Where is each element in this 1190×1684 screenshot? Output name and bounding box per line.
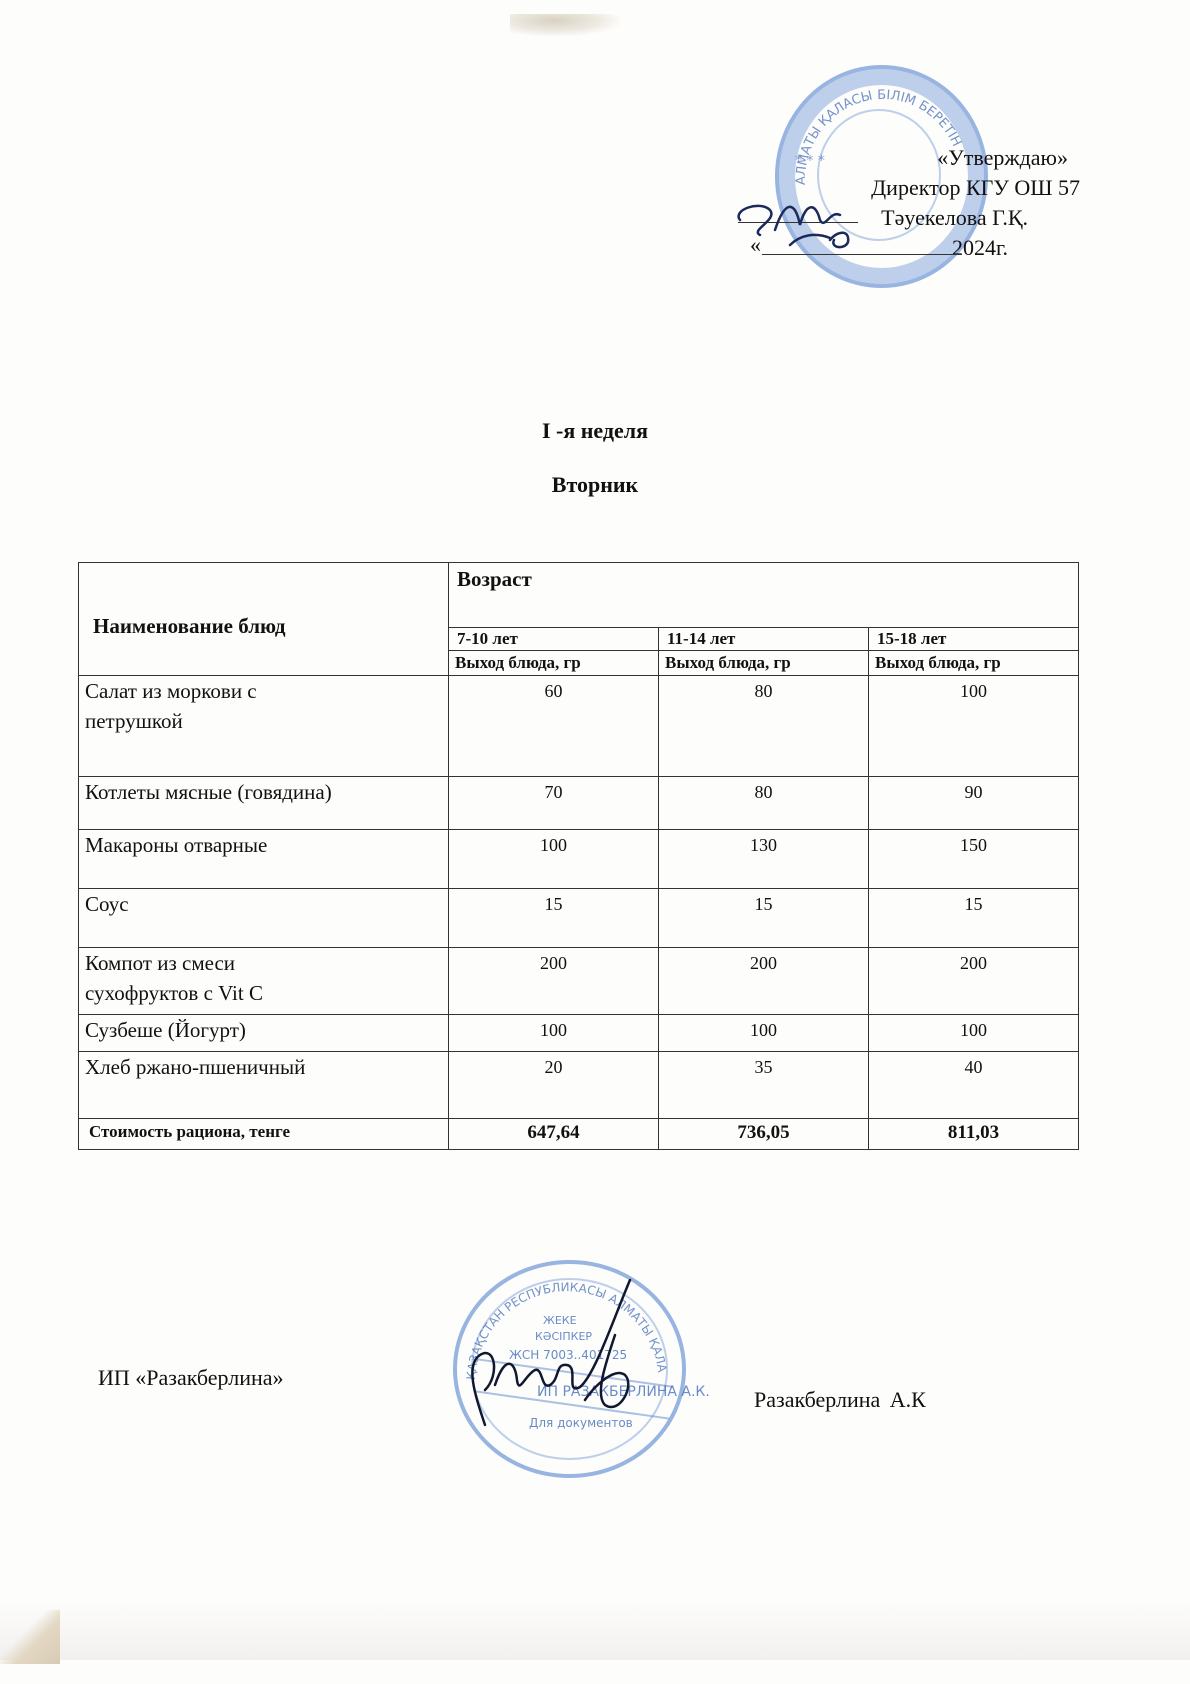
week-title: I -я неделя [0,418,1190,444]
yield-value: 40 [869,1052,1079,1119]
table-row: Соус 15 15 15 [79,889,1079,948]
dish-name-line: Салат из моркови с [85,679,257,703]
paper-fold-corner [0,1610,60,1664]
supplier-signature [455,1275,685,1435]
yield-value: 200 [449,948,659,1015]
dish-name: Котлеты мясные (говядина) [79,777,449,830]
yield-value: 60 [449,676,659,777]
yield-value: 80 [659,676,869,777]
header-age-group: 7-10 лет [449,628,659,651]
dish-name: Сузбеше (Йогурт) [79,1015,449,1052]
table-row: Котлеты мясные (говядина) 70 80 90 [79,777,1079,830]
total-cost-value: 736,05 [659,1119,869,1150]
dish-name: Соус [79,889,449,948]
header-yield: Выход блюда, гр [869,651,1079,676]
yield-value: 20 [449,1052,659,1119]
svg-text:* * *: * * * [795,153,825,169]
yield-value: 200 [869,948,1079,1015]
header-age: Возраст [449,563,1079,628]
header-yield: Выход блюда, гр [449,651,659,676]
yield-value: 70 [449,777,659,830]
total-cost-label: Стоимость рациона, тенге [79,1119,449,1150]
table-row: Компот из смеси сухофруктов с Vit C 200 … [79,948,1079,1015]
yield-value: 15 [869,889,1079,948]
supplier-name: ИП «Разакберлина» [98,1365,284,1391]
menu-table: Наименование блюд Возраст 7-10 лет 11-14… [78,562,1079,1150]
paper-scuff-top [510,14,620,36]
yield-value: 150 [869,830,1079,889]
dish-name: Хлеб ржано-пшеничный [79,1052,449,1119]
paper-shadow-bottom [0,1600,1190,1660]
table-total-row: Стоимость рациона, тенге 647,64 736,05 8… [79,1119,1079,1150]
approval-title: «Утверждаю» [840,143,1080,173]
dish-name: Салат из моркови с петрушкой [79,676,449,777]
day-title: Вторник [0,472,1190,498]
header-age-group: 15-18 лет [869,628,1079,651]
yield-value: 200 [659,948,869,1015]
dish-name: Компот из смеси сухофруктов с Vit C [79,948,449,1015]
header-yield: Выход блюда, гр [659,651,869,676]
yield-value: 100 [449,1015,659,1052]
total-cost-value: 647,64 [449,1119,659,1150]
dish-name-line: петрушкой [85,709,183,733]
yield-value: 15 [449,889,659,948]
table-row: Хлеб ржано-пшеничный 20 35 40 [79,1052,1079,1119]
yield-value: 100 [449,830,659,889]
dish-name: Макароны отварные [79,830,449,889]
yield-value: 100 [869,1015,1079,1052]
yield-value: 15 [659,889,869,948]
dish-name-line: Компот из смеси [85,951,235,975]
yield-value: 100 [659,1015,869,1052]
header-dish-name: Наименование блюд [79,563,449,676]
director-signature [730,190,880,260]
yield-value: 35 [659,1052,869,1119]
header-age-group: 11-14 лет [659,628,869,651]
table-header-row: Наименование блюд Возраст [79,563,1079,628]
signatory-name: Разакберлина А.К [754,1387,926,1413]
table-row: Макароны отварные 100 130 150 [79,830,1079,889]
yield-value: 100 [869,676,1079,777]
dish-name-line: сухофруктов с Vit C [85,981,263,1005]
total-cost-value: 811,03 [869,1119,1079,1150]
yield-value: 90 [869,777,1079,830]
yield-value: 130 [659,830,869,889]
yield-value: 80 [659,777,869,830]
table-row: Салат из моркови с петрушкой 60 80 100 [79,676,1079,777]
table-row: Сузбеше (Йогурт) 100 100 100 [79,1015,1079,1052]
